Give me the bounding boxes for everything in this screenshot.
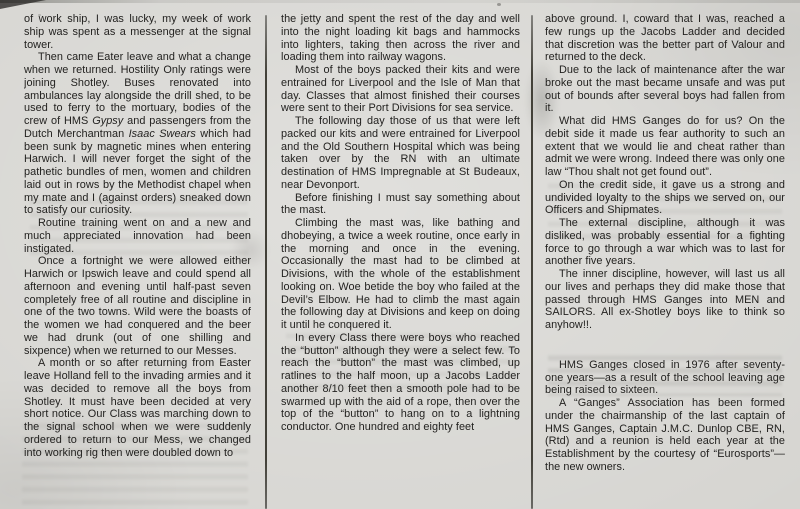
paragraph: What did HMS Ganges do for us? On the de… — [545, 115, 785, 179]
text-column-3: above ground. I, coward that I was, reac… — [545, 0, 785, 509]
column-divider — [265, 15, 267, 509]
paragraph: the jetty and spent the rest of the day … — [281, 13, 520, 64]
paragraph: The inner discipline, however, will last… — [545, 268, 785, 332]
paragraph: Climbing the mast was, like bathing and … — [281, 217, 520, 332]
paragraph: In every Class there were boys who reach… — [281, 332, 520, 434]
paragraph: HMS Ganges closed in 1976 after seventy-… — [545, 359, 785, 397]
paragraph: A “Ganges” Association has been formed u… — [545, 397, 785, 474]
paragraph-text: which had been sunk by magnetic mines wh… — [24, 128, 251, 217]
paragraph: On the credit side, it gave us a strong … — [545, 179, 785, 217]
paragraph: Once a fortnight we were allowed either … — [24, 255, 251, 357]
paragraph: above ground. I, coward that I was, reac… — [545, 13, 785, 64]
text-column-1: of work ship, I was lucky, my week of wo… — [24, 0, 251, 509]
scanned-page: of work ship, I was lucky, my week of wo… — [0, 0, 800, 509]
text-column-2: the jetty and spent the rest of the day … — [281, 0, 520, 509]
paragraph: of work ship, I was lucky, my week of wo… — [24, 13, 251, 51]
paragraph: Then came Eater leave and what a change … — [24, 51, 251, 217]
paragraph: Most of the boys packed their kits and w… — [281, 64, 520, 115]
paragraph: A month or so after returning from Easte… — [24, 357, 251, 459]
paragraph: Due to the lack of maintenance after the… — [545, 64, 785, 115]
paragraph: Before finishing I must say something ab… — [281, 192, 520, 218]
paragraph: The following day those of us that were … — [281, 115, 520, 192]
paragraph: Routine training went on and a new and m… — [24, 217, 251, 255]
ship-name-italic: Isaac Swears — [129, 128, 196, 140]
ship-name-italic: Gypsy — [92, 115, 123, 127]
column-divider — [531, 15, 533, 509]
paragraph: The external discipline, although it was… — [545, 217, 785, 268]
